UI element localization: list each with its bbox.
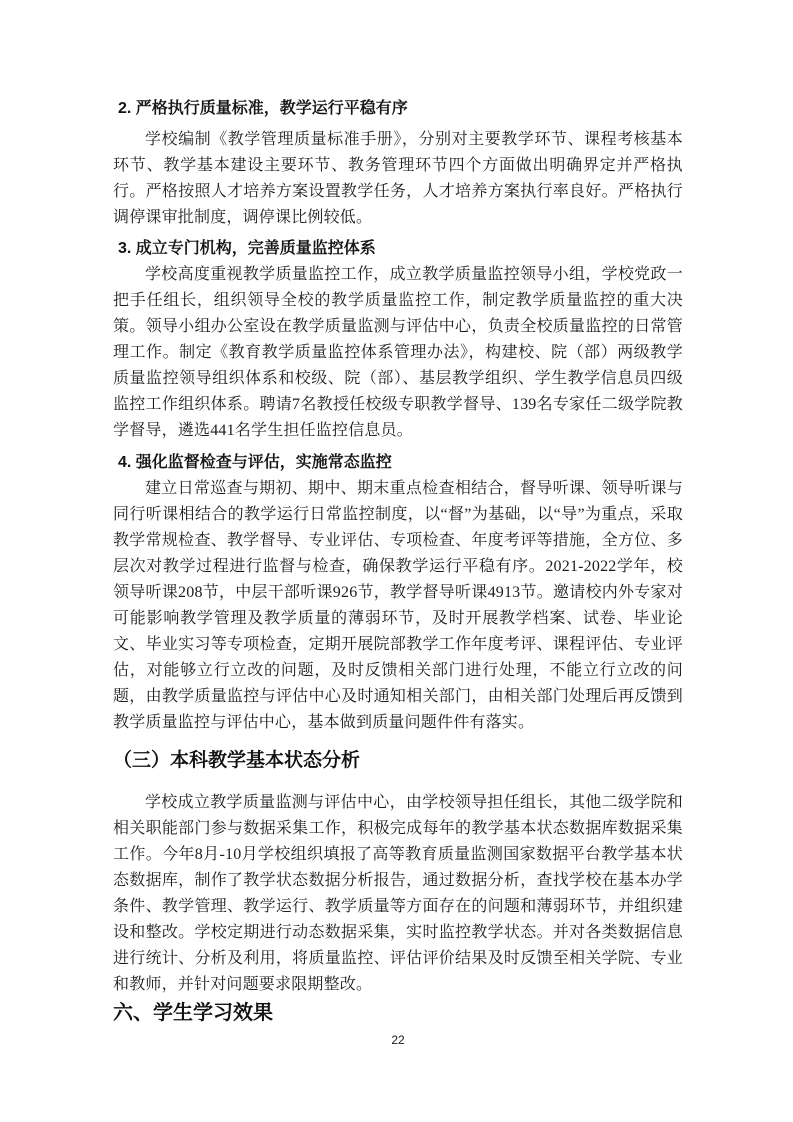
heading-special-organization: 3. 成立专门机构，完善质量监控体系 — [113, 236, 683, 262]
paragraph-monitoring-system: 学校高度重视教学质量监控工作，成立教学质量监控领导小组，学校党政一把手任组长，组… — [113, 262, 683, 444]
heading-student-learning-outcomes: 六、学生学习效果 — [113, 998, 683, 1028]
heading-supervision-evaluation: 4. 强化监督检查与评估，实施常态监控 — [113, 450, 683, 476]
page-content: 2. 严格执行质量标准，教学运行平稳有序 学校编制《教学管理质量标准手册》，分别… — [113, 96, 683, 1048]
paragraph-quality-standards: 学校编制《教学管理质量标准手册》，分别对主要教学环节、课程考核基本环节、教学基本… — [113, 127, 683, 231]
page-number: 22 — [113, 1032, 683, 1048]
paragraph-status-data-analysis: 学校成立教学质量监测与评估中心，由学校领导担任组长，其他二级学院和相关职能部门参… — [113, 790, 683, 998]
document-page: 2. 严格执行质量标准，教学运行平稳有序 学校编制《教学管理质量标准手册》，分别… — [0, 0, 793, 1122]
heading-basic-teaching-status-analysis: （三）本科教学基本状态分析 — [113, 746, 683, 776]
heading-strict-quality-standards: 2. 严格执行质量标准，教学运行平稳有序 — [113, 96, 683, 122]
paragraph-routine-monitoring: 建立日常巡查与期初、期中、期末重点检查相结合，督导听课、领导听课与同行听课相结合… — [113, 476, 683, 736]
